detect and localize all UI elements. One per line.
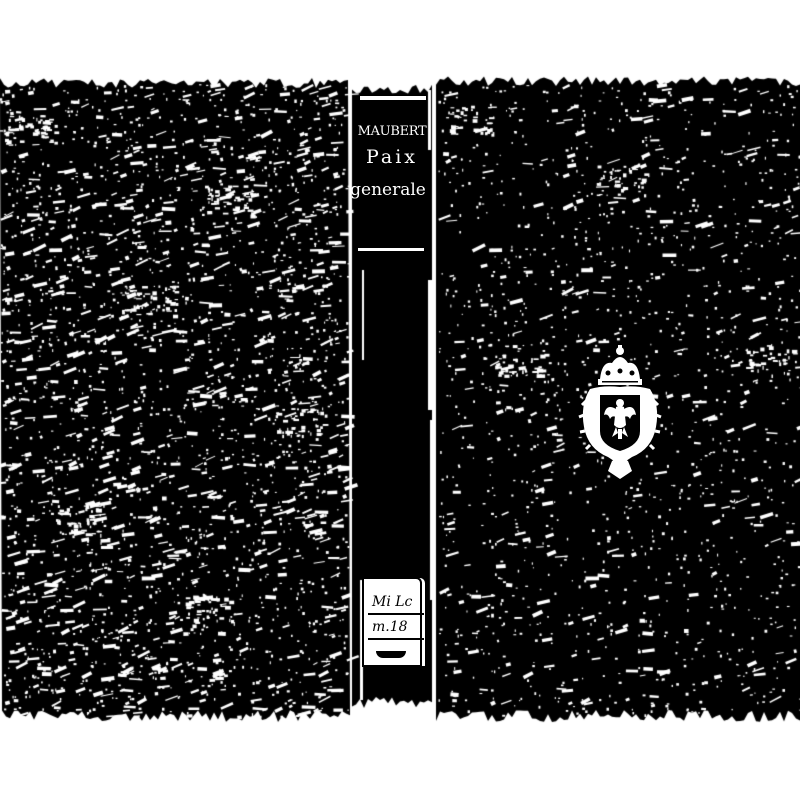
shelf-mark-line-2: m.18 — [368, 616, 424, 640]
book-spine: MAUBERT Paix generale Mi Lc m.18 — [352, 84, 432, 704]
coat-of-arms-icon — [572, 345, 668, 481]
shelf-mark-label: Mi Lc m.18 — [362, 577, 422, 667]
label-tab — [376, 651, 406, 658]
shelf-mark-line-1: Mi Lc — [368, 591, 424, 615]
spine-title-line-1: Paix — [352, 146, 432, 168]
book-binding-scan: MAUBERT Paix generale Mi Lc m.18 — [0, 0, 800, 800]
spine-author: MAUBERT — [352, 124, 432, 139]
spine-title-line-2: generale — [348, 180, 428, 200]
spine-mid-band — [358, 248, 424, 251]
